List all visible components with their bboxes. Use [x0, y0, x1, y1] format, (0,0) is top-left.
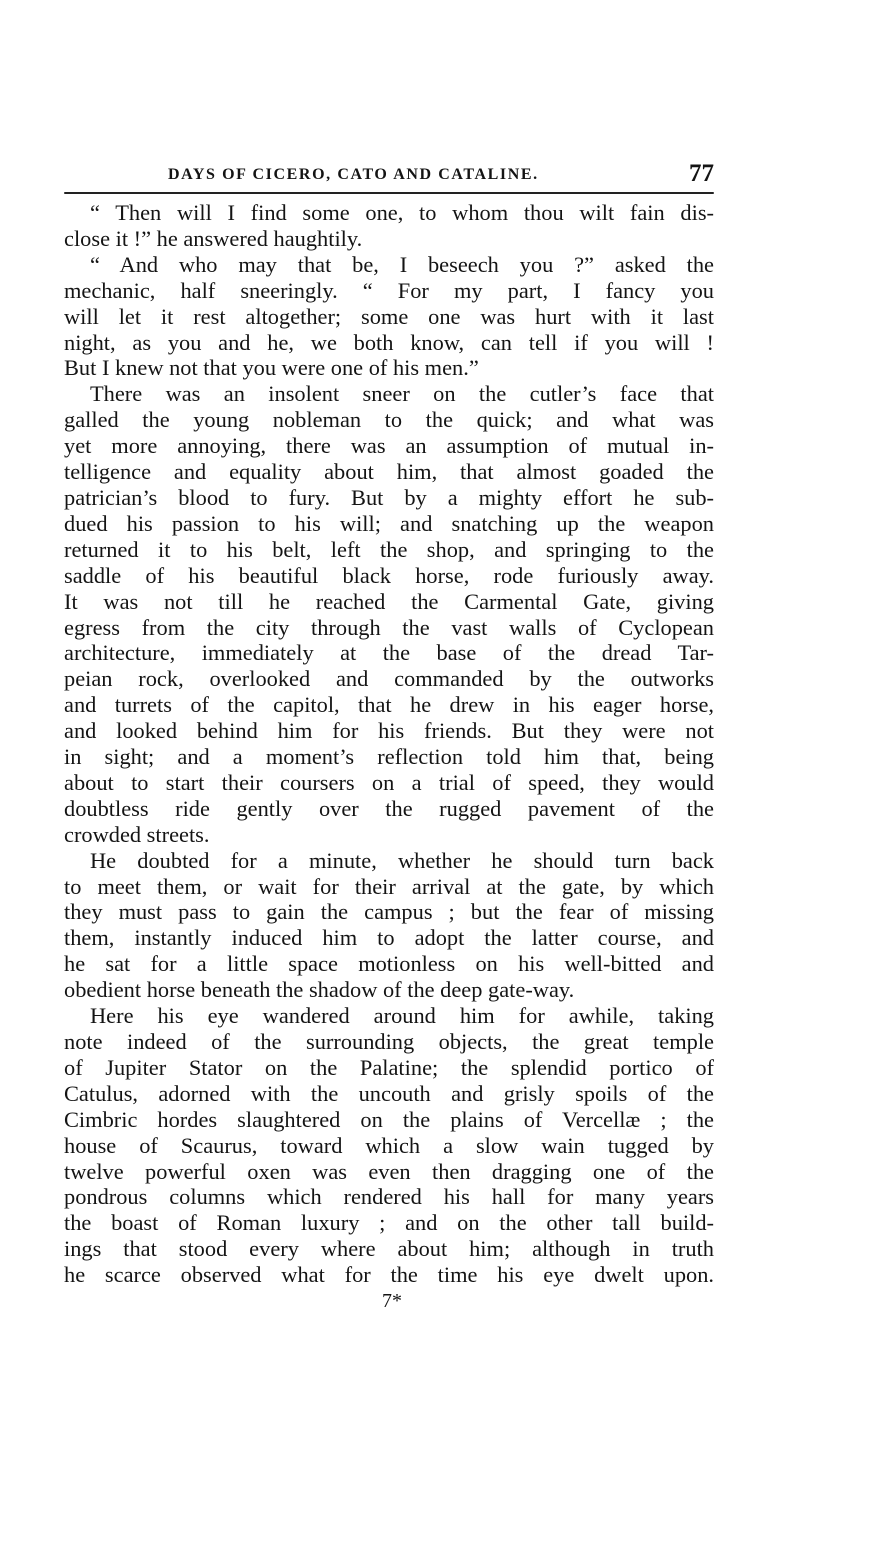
text-line: galled the young nobleman to the quick; …: [64, 407, 714, 433]
running-head: DAYS OF CICERO, CATO AND CATALINE. 77: [64, 160, 714, 190]
text-line: egress from the city through the vast wa…: [64, 615, 714, 641]
text-line: them, instantly induced him to adopt the…: [64, 925, 714, 951]
text-line: the boast of Roman luxury ; and on the o…: [64, 1210, 714, 1236]
text-line: Here his eye wandered around him for awh…: [64, 1003, 714, 1029]
text-line: yet more annoying, there was an assumpti…: [64, 433, 714, 459]
text-line: returned it to his belt, left the shop, …: [64, 537, 714, 563]
text-line: and looked behind him for his friends. B…: [64, 718, 714, 744]
text-line: will let it rest altogether; some one wa…: [64, 304, 714, 330]
text-line: about to start their coursers on a trial…: [64, 770, 714, 796]
text-line: night, as you and he, we both know, can …: [64, 330, 714, 356]
text-line: Cimbric hordes slaughtered on the plains…: [64, 1107, 714, 1133]
text-line: architecture, immediately at the base of…: [64, 640, 714, 666]
text-line: ings that stood every where about him; a…: [64, 1236, 714, 1262]
text-line: of Jupiter Stator on the Palatine; the s…: [64, 1055, 714, 1081]
header-rule: [64, 192, 714, 194]
page-number: 77: [689, 160, 714, 188]
signature-mark: 7*: [64, 1290, 714, 1313]
text-line: he scarce observed what for the time his…: [64, 1262, 714, 1288]
text-line: he sat for a little space motionless on …: [64, 951, 714, 977]
text-line: “ And who may that be, I beseech you ?” …: [64, 252, 714, 278]
book-page: DAYS OF CICERO, CATO AND CATALINE. 77 “ …: [64, 160, 714, 1313]
running-title: DAYS OF CICERO, CATO AND CATALINE.: [168, 166, 539, 184]
text-line: doubtless ride gently over the rugged pa…: [64, 796, 714, 822]
text-line: peian rock, overlooked and commanded by …: [64, 666, 714, 692]
paragraph: Here his eye wandered around him for awh…: [64, 1003, 714, 1288]
text-line: patrician’s blood to fury. But by a migh…: [64, 485, 714, 511]
text-line: mechanic, half sneeringly. “ For my part…: [64, 278, 714, 304]
text-line: to meet them, or wait for their arrival …: [64, 874, 714, 900]
text-line: pondrous columns which rendered his hall…: [64, 1184, 714, 1210]
text-line: they must pass to gain the campus ; but …: [64, 899, 714, 925]
text-line: note indeed of the surrounding objects, …: [64, 1029, 714, 1055]
text-line: and turrets of the capitol, that he drew…: [64, 692, 714, 718]
paragraph: “ And who may that be, I beseech you ?” …: [64, 252, 714, 382]
text-line: dued his passion to his will; and snatch…: [64, 511, 714, 537]
text-line: He doubted for a minute, whether he shou…: [64, 848, 714, 874]
paragraph: “ Then will I find some one, to whom tho…: [64, 200, 714, 252]
text-line: twelve powerful oxen was even then dragg…: [64, 1159, 714, 1185]
text-line: Catulus, adorned with the uncouth and gr…: [64, 1081, 714, 1107]
text-line: obedient horse beneath the shadow of the…: [64, 977, 714, 1003]
paragraph: There was an insolent sneer on the cutle…: [64, 381, 714, 847]
text-line: “ Then will I find some one, to whom tho…: [64, 200, 714, 226]
text-line: It was not till he reached the Carmental…: [64, 589, 714, 615]
text-line: There was an insolent sneer on the cutle…: [64, 381, 714, 407]
text-line: in sight; and a moment’s reflection told…: [64, 744, 714, 770]
text-line: house of Scaurus, toward which a slow wa…: [64, 1133, 714, 1159]
text-line: telligence and equality about him, that …: [64, 459, 714, 485]
text-line: close it !” he answered haughtily.: [64, 226, 714, 252]
paragraph: He doubted for a minute, whether he shou…: [64, 848, 714, 1003]
text-line: But I knew not that you were one of his …: [64, 355, 714, 381]
body-text: “ Then will I find some one, to whom tho…: [64, 200, 714, 1288]
text-line: crowded streets.: [64, 822, 714, 848]
text-line: saddle of his beautiful black horse, rod…: [64, 563, 714, 589]
